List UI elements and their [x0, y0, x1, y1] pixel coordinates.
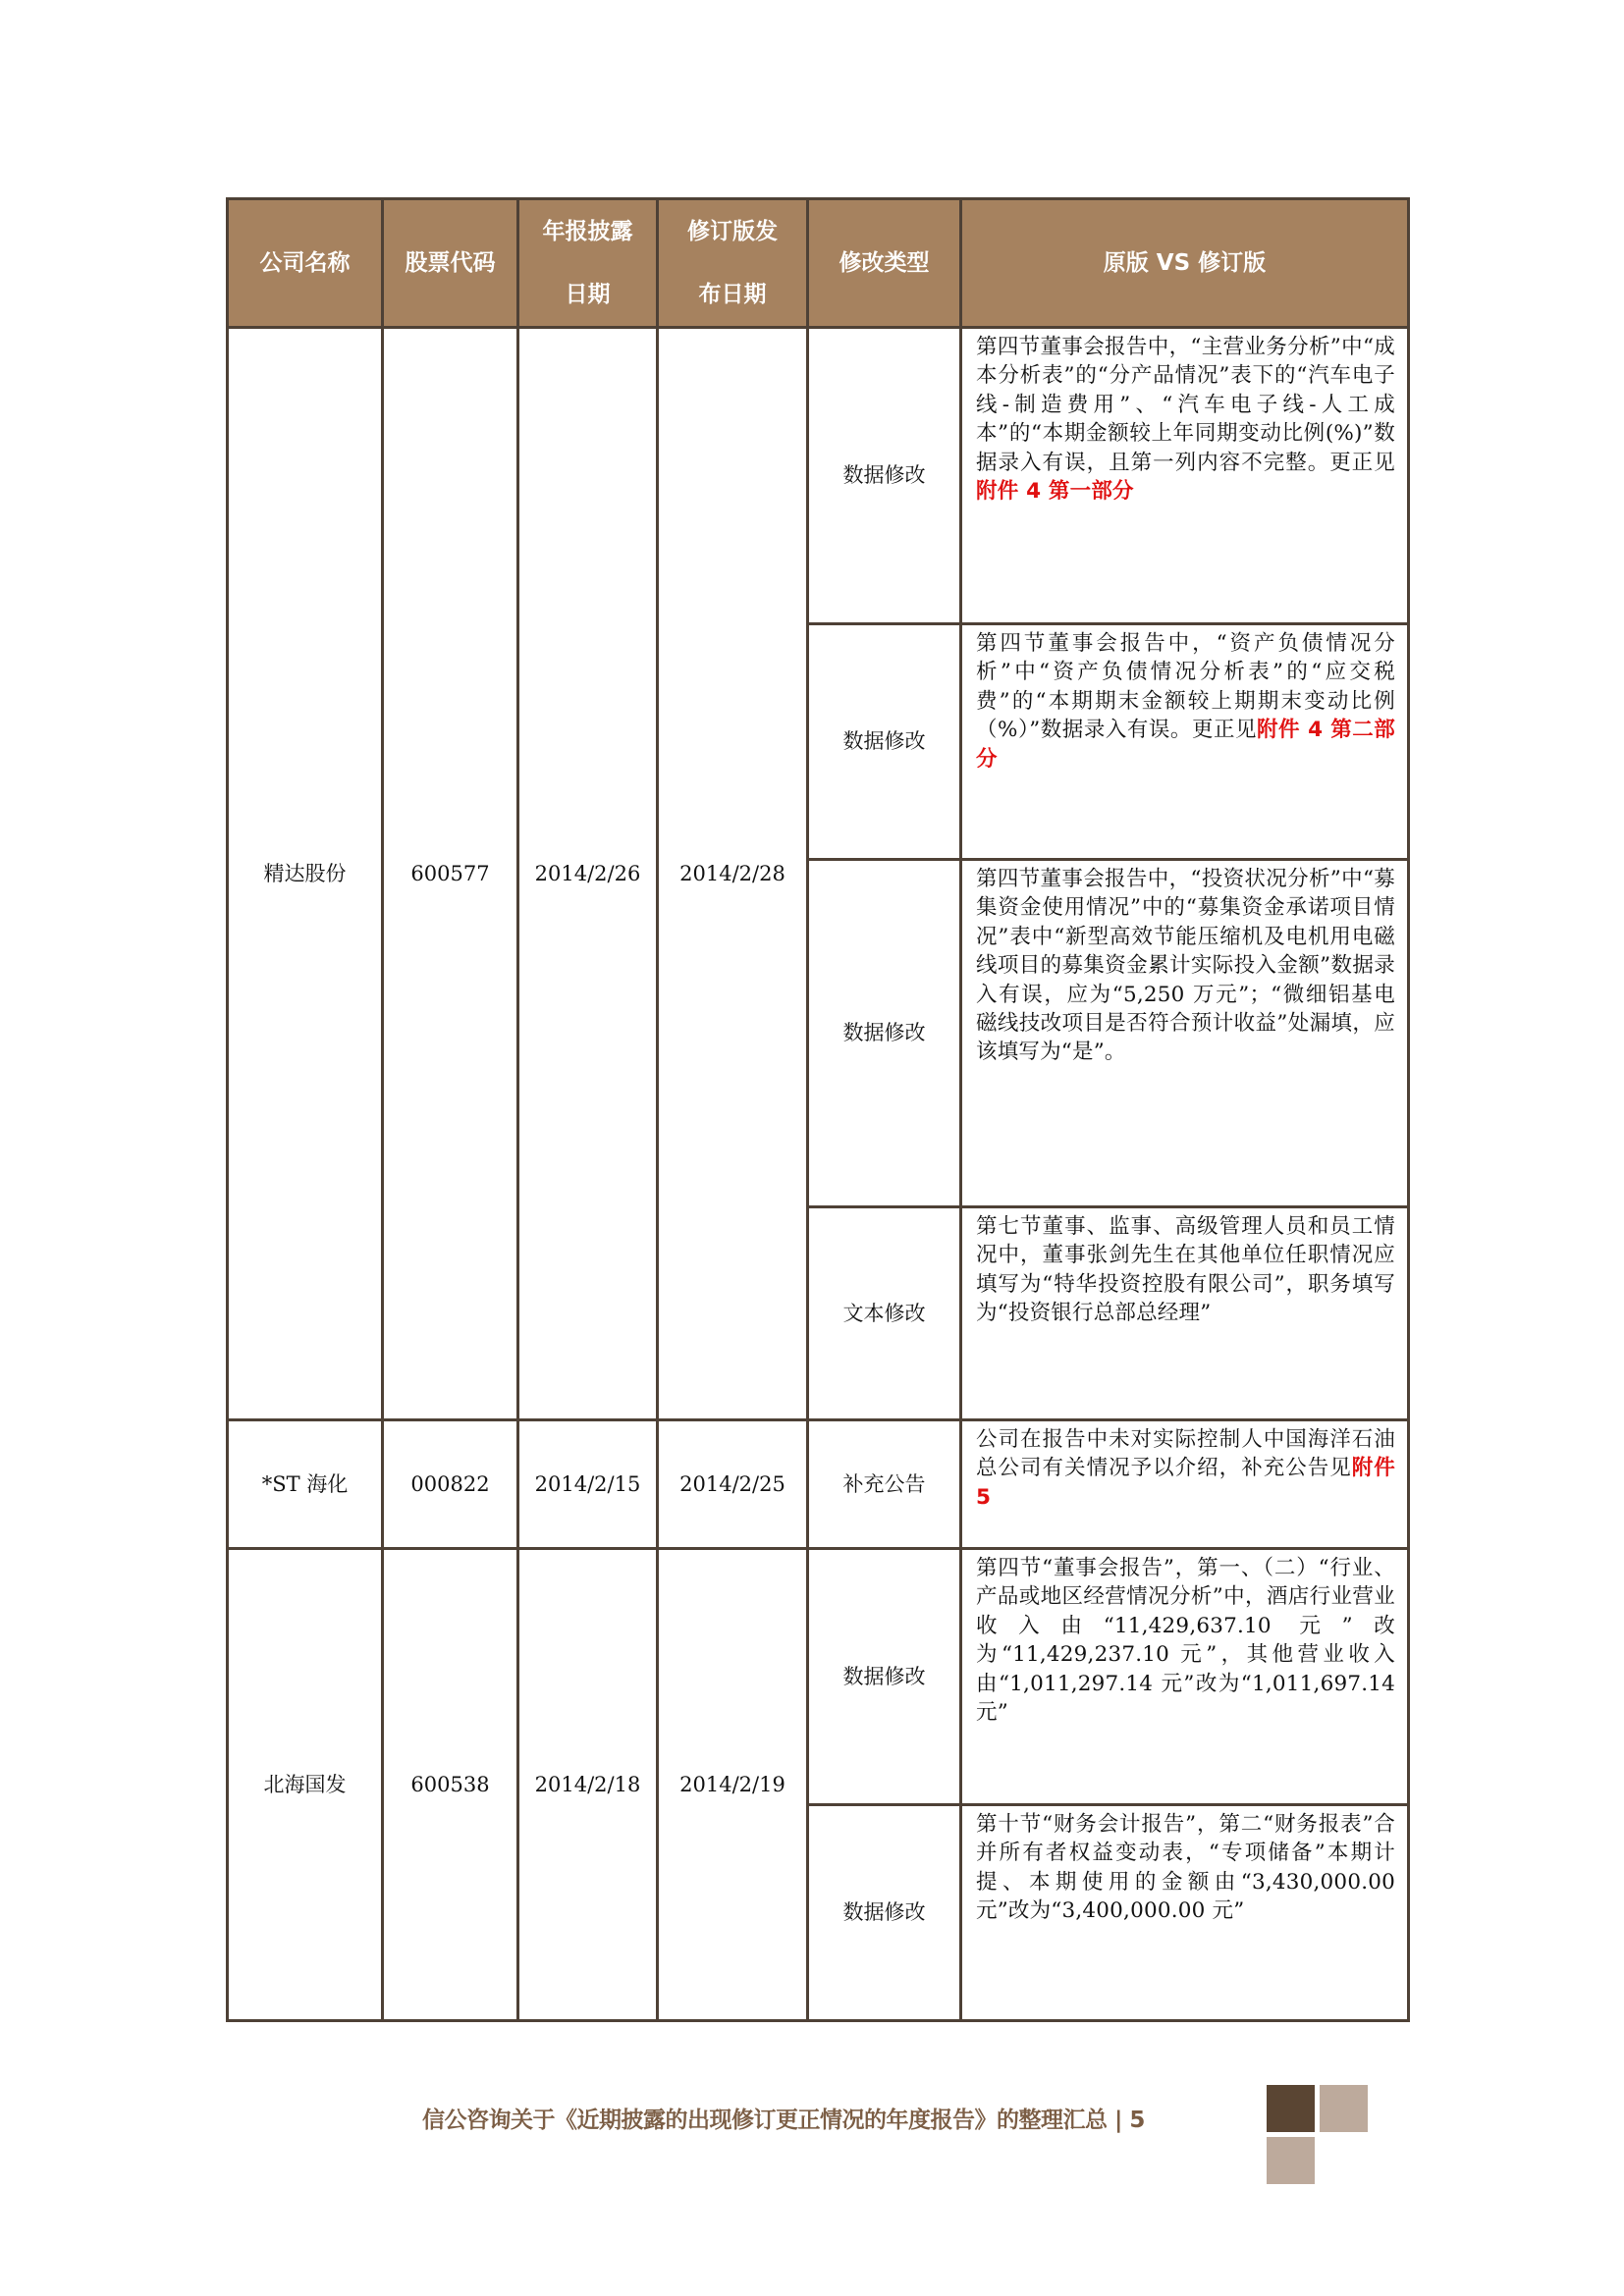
page-footer: 信公咨询关于《近期披露的出现修订更正情况的年度报告》的整理汇总 | 5: [422, 2102, 1145, 2134]
comparison-cell: 第四节“董事会报告”，第一、（二）“行业、产品或地区经营情况分析”中，酒店行业营…: [961, 1549, 1409, 1805]
annual-date-cell: 2014/2/15: [518, 1420, 658, 1549]
company-name-cell: *ST 海化: [228, 1420, 383, 1549]
table-row: 精达股份 600577 2014/2/26 2014/2/28 数据修改 第四节…: [228, 328, 1409, 624]
stock-code-cell: 600577: [383, 328, 518, 1420]
comparison-cell: 第七节董事、监事、高级管理人员和员工情况中，董事张剑先生在其他单位任职情况应填写…: [961, 1207, 1409, 1420]
header-code: 股票代码: [383, 199, 518, 328]
comparison-cell: 第十节“财务会计报告”，第二“财务报表”合并所有者权益变动表，“专项储备”本期计…: [961, 1805, 1409, 2021]
decorative-square-light-right: [1320, 2085, 1368, 2132]
comparison-text: 第四节董事会报告中，“主营业务分析”中“成本分析表”的“分产品情况”表下的“汽车…: [976, 335, 1395, 475]
header-type: 修改类型: [808, 199, 961, 328]
header-revision-date-line2: 布日期: [699, 282, 767, 307]
comparison-cell: 第四节董事会报告中，“主营业务分析”中“成本分析表”的“分产品情况”表下的“汽车…: [961, 328, 1409, 624]
footer-title: 信公咨询关于《近期披露的出现修订更正情况的年度报告》的整理汇总: [422, 2108, 1108, 2133]
comparison-text: 第四节董事会报告中，“投资状况分析”中“募集资金使用情况”中的“募集资金承诺项目…: [976, 867, 1395, 1064]
header-revision-date: 修订版发 布日期: [658, 199, 808, 328]
header-annual-date: 年报披露 日期: [518, 199, 658, 328]
revision-type-cell: 数据修改: [808, 624, 961, 860]
header-annual-date-line2: 日期: [566, 282, 611, 307]
revision-type-cell: 数据修改: [808, 328, 961, 624]
revision-summary-table: 公司名称 股票代码 年报披露 日期 修订版发 布日期 修改类型 原版 VS 修订…: [226, 197, 1410, 2022]
comparison-cell: 第四节董事会报告中，“资产负债情况分析”中“资产负债情况分析表”的“应交税费”的…: [961, 624, 1409, 860]
annual-date-cell: 2014/2/18: [518, 1549, 658, 2021]
company-name-cell: 精达股份: [228, 328, 383, 1420]
table-row: *ST 海化 000822 2014/2/15 2014/2/25 补充公告 公…: [228, 1420, 1409, 1549]
header-revision-date-line1: 修订版发: [687, 219, 778, 244]
revision-type-cell: 数据修改: [808, 860, 961, 1207]
annual-date-cell: 2014/2/26: [518, 328, 658, 1420]
comparison-text: 第十节“财务会计报告”，第二“财务报表”合并所有者权益变动表，“专项储备”本期计…: [976, 1812, 1395, 1923]
header-annual-date-line1: 年报披露: [543, 219, 633, 244]
company-name-cell: 北海国发: [228, 1549, 383, 2021]
stock-code-cell: 000822: [383, 1420, 518, 1549]
decorative-square-light-bottom: [1267, 2137, 1315, 2184]
revision-date-cell: 2014/2/28: [658, 328, 808, 1420]
revision-type-cell: 数据修改: [808, 1549, 961, 1805]
attachment-link[interactable]: 附件 4 第一部分: [976, 479, 1134, 504]
revision-type-cell: 文本修改: [808, 1207, 961, 1420]
comparison-text: 第七节董事、监事、高级管理人员和员工情况中，董事张剑先生在其他单位任职情况应填写…: [976, 1214, 1395, 1325]
header-compare: 原版 VS 修订版: [961, 199, 1409, 328]
revision-date-cell: 2014/2/19: [658, 1549, 808, 2021]
comparison-text: 公司在报告中未对实际控制人中国海洋石油总公司有关情况予以介绍，补充公告见: [976, 1427, 1395, 1480]
decorative-square-dark: [1267, 2085, 1315, 2132]
page-number: 5: [1129, 2108, 1145, 2133]
table-header-row: 公司名称 股票代码 年报披露 日期 修订版发 布日期 修改类型 原版 VS 修订…: [228, 199, 1409, 328]
table-row: 北海国发 600538 2014/2/18 2014/2/19 数据修改 第四节…: [228, 1549, 1409, 1805]
comparison-cell: 公司在报告中未对实际控制人中国海洋石油总公司有关情况予以介绍，补充公告见附件 5: [961, 1420, 1409, 1549]
footer-separator: |: [1108, 2108, 1130, 2133]
comparison-text: 第四节“董事会报告”，第一、（二）“行业、产品或地区经营情况分析”中，酒店行业营…: [976, 1556, 1395, 1725]
header-company: 公司名称: [228, 199, 383, 328]
revision-date-cell: 2014/2/25: [658, 1420, 808, 1549]
stock-code-cell: 600538: [383, 1549, 518, 2021]
revision-type-cell: 数据修改: [808, 1805, 961, 2021]
revision-type-cell: 补充公告: [808, 1420, 961, 1549]
comparison-cell: 第四节董事会报告中，“投资状况分析”中“募集资金使用情况”中的“募集资金承诺项目…: [961, 860, 1409, 1207]
